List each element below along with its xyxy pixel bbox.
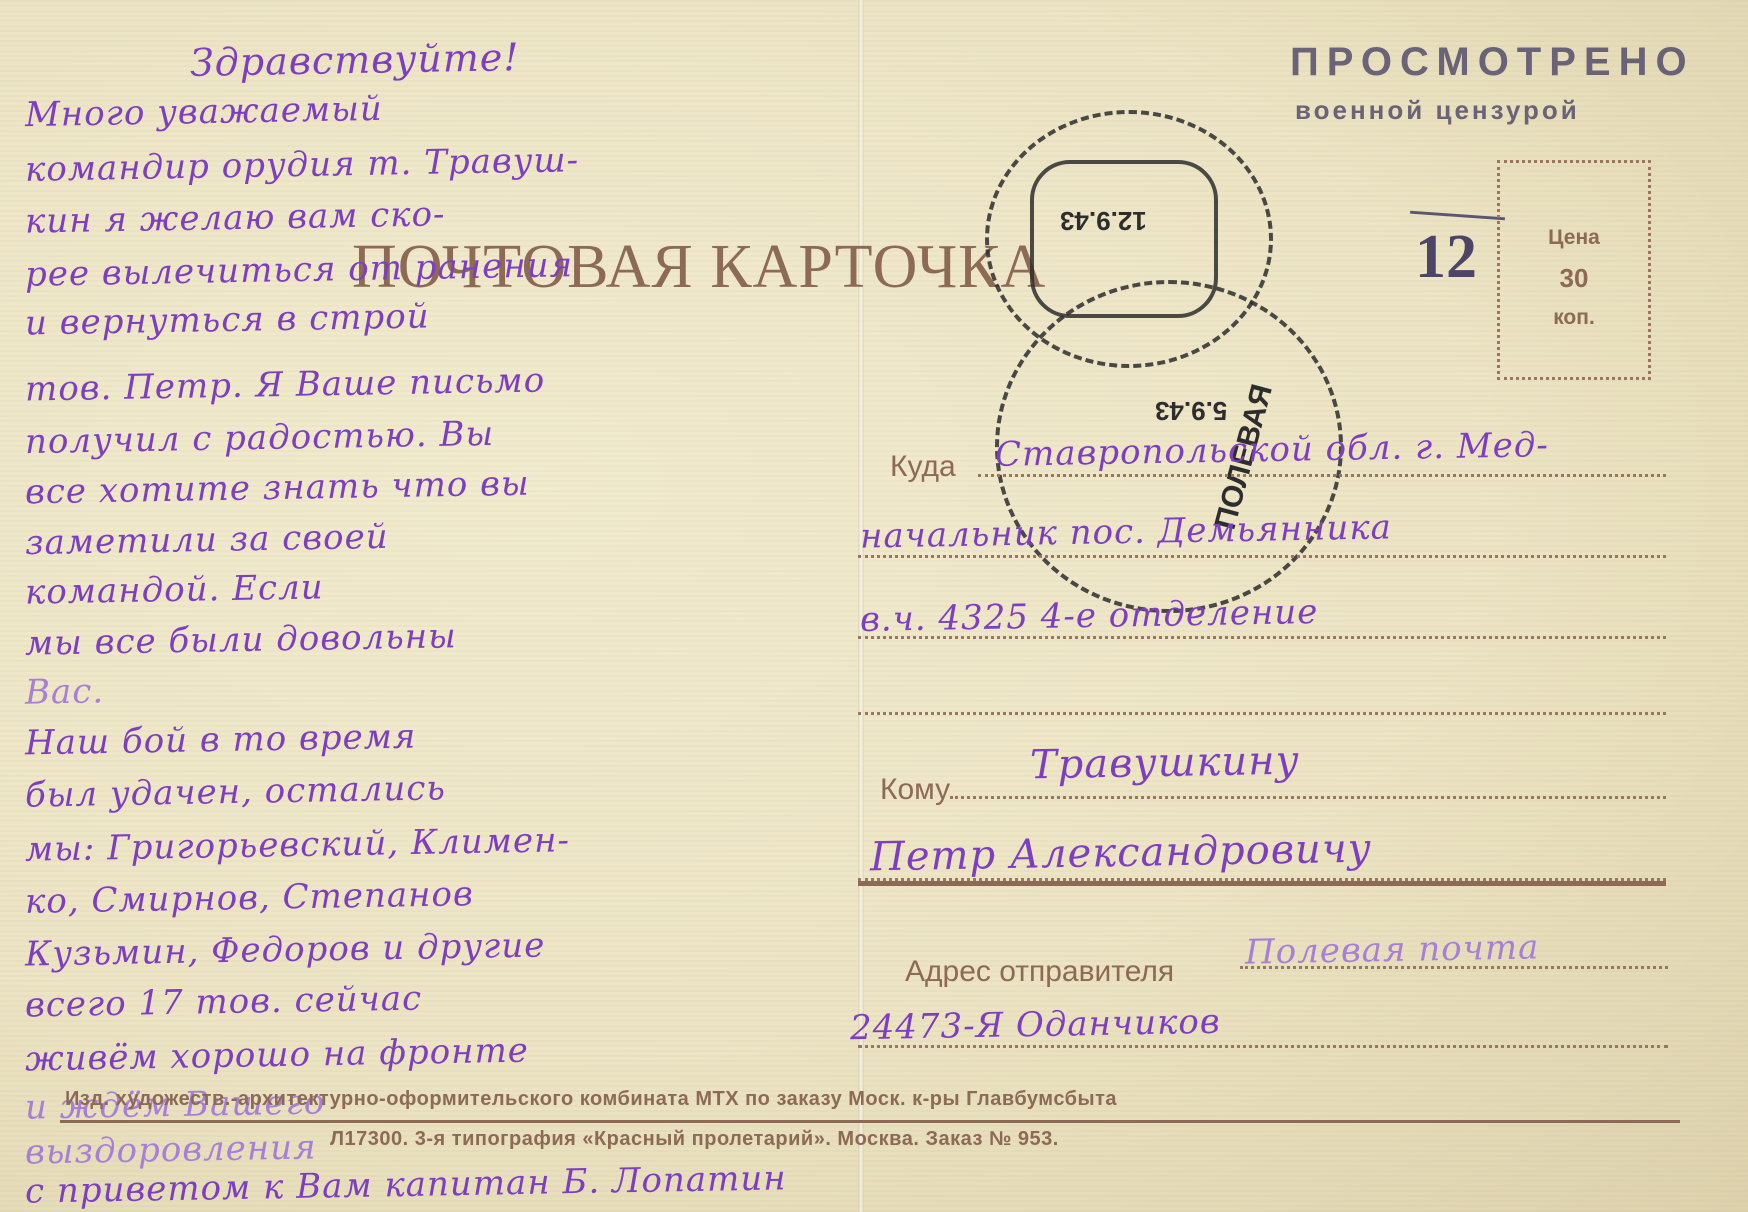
message-line: выздоровления [25, 1127, 317, 1172]
message-line: Много уважаемый [25, 89, 383, 135]
price-value: 30 [1500, 258, 1648, 298]
where-handwritten-2: начальник пос. Демьянника [860, 507, 1393, 556]
whom-label: Кому [880, 773, 950, 807]
where-label: Куда [890, 450, 956, 484]
price-unit: коп. [1500, 298, 1648, 338]
price-label: Цена [1500, 218, 1648, 258]
censor-stamp-line1: ПРОСМОТРЕНО [1290, 40, 1695, 85]
message-line: Вас. [25, 671, 105, 712]
imprint-line-2: Л17300. 3-я типография «Красный пролетар… [330, 1128, 1059, 1151]
message-line: получил с радостью. Вы [25, 414, 495, 462]
message-line: Наш бой в то время [25, 717, 417, 764]
sender-handwritten-1: Полевая почта [1245, 927, 1540, 972]
message-line: мы все были довольны [25, 616, 457, 664]
message-line: Кузьмин, Федоров и другие [25, 925, 546, 974]
message-line: всего 17 тов. сейчас [25, 979, 423, 1026]
message-greeting: Здравствуйте! [190, 35, 520, 85]
message-line: командой. Если [25, 567, 324, 612]
address-divider [858, 881, 1666, 886]
whom-handwritten-2: Петр Александровичу [870, 826, 1373, 881]
message-line: был удачен, остались [25, 768, 446, 815]
message-line: мы: Григорьевский, Климен- [25, 820, 571, 870]
where-handwritten-3: в.ч. 4325 4-е отделение [860, 592, 1319, 640]
message-line: кин я желаю вам ско- [25, 194, 446, 241]
postcard: ПОЧТОВАЯ КАРТОЧКА ПРОСМОТРЕНО военной це… [0, 0, 1748, 1212]
postmark-1-date: 12.9.43 [1060, 205, 1147, 236]
censor-stamp-line2: военной цензурой [1295, 95, 1580, 126]
message-line: заметили за своей [25, 517, 389, 563]
message-line: и вернуться в строй [25, 296, 430, 343]
where-handwritten-1: Ставропольской обл. г. Мед- [995, 425, 1549, 475]
sender-handwritten-2: 24473-Я Оданчиков [850, 1002, 1221, 1048]
message-line: все хотите знать что вы [25, 464, 530, 513]
where-line-4 [858, 712, 1666, 715]
where-line-1 [978, 474, 1666, 477]
sender-label: Адрес отправителя [905, 955, 1174, 989]
postmark-2-date: 5.9.43 [1155, 395, 1227, 426]
whom-handwritten-1: Травушкину [1030, 738, 1300, 789]
imprint-divider [60, 1120, 1680, 1123]
whom-line-1 [950, 796, 1666, 799]
price-box: Цена 30 коп. [1497, 160, 1651, 380]
message-line: живём хорошо на фронте [25, 1031, 530, 1080]
censor-number: 12 [1415, 222, 1477, 293]
imprint-line-1: Изд. художеств.-архитектурно-оформительс… [65, 1088, 1117, 1111]
message-line: тов. Петр. Я Ваше письмо [25, 360, 546, 409]
message-line: ко, Смирнов, Степанов [25, 874, 474, 922]
message-line: командир орудия т. Травуш- [25, 140, 580, 190]
where-line-2 [858, 555, 1666, 558]
